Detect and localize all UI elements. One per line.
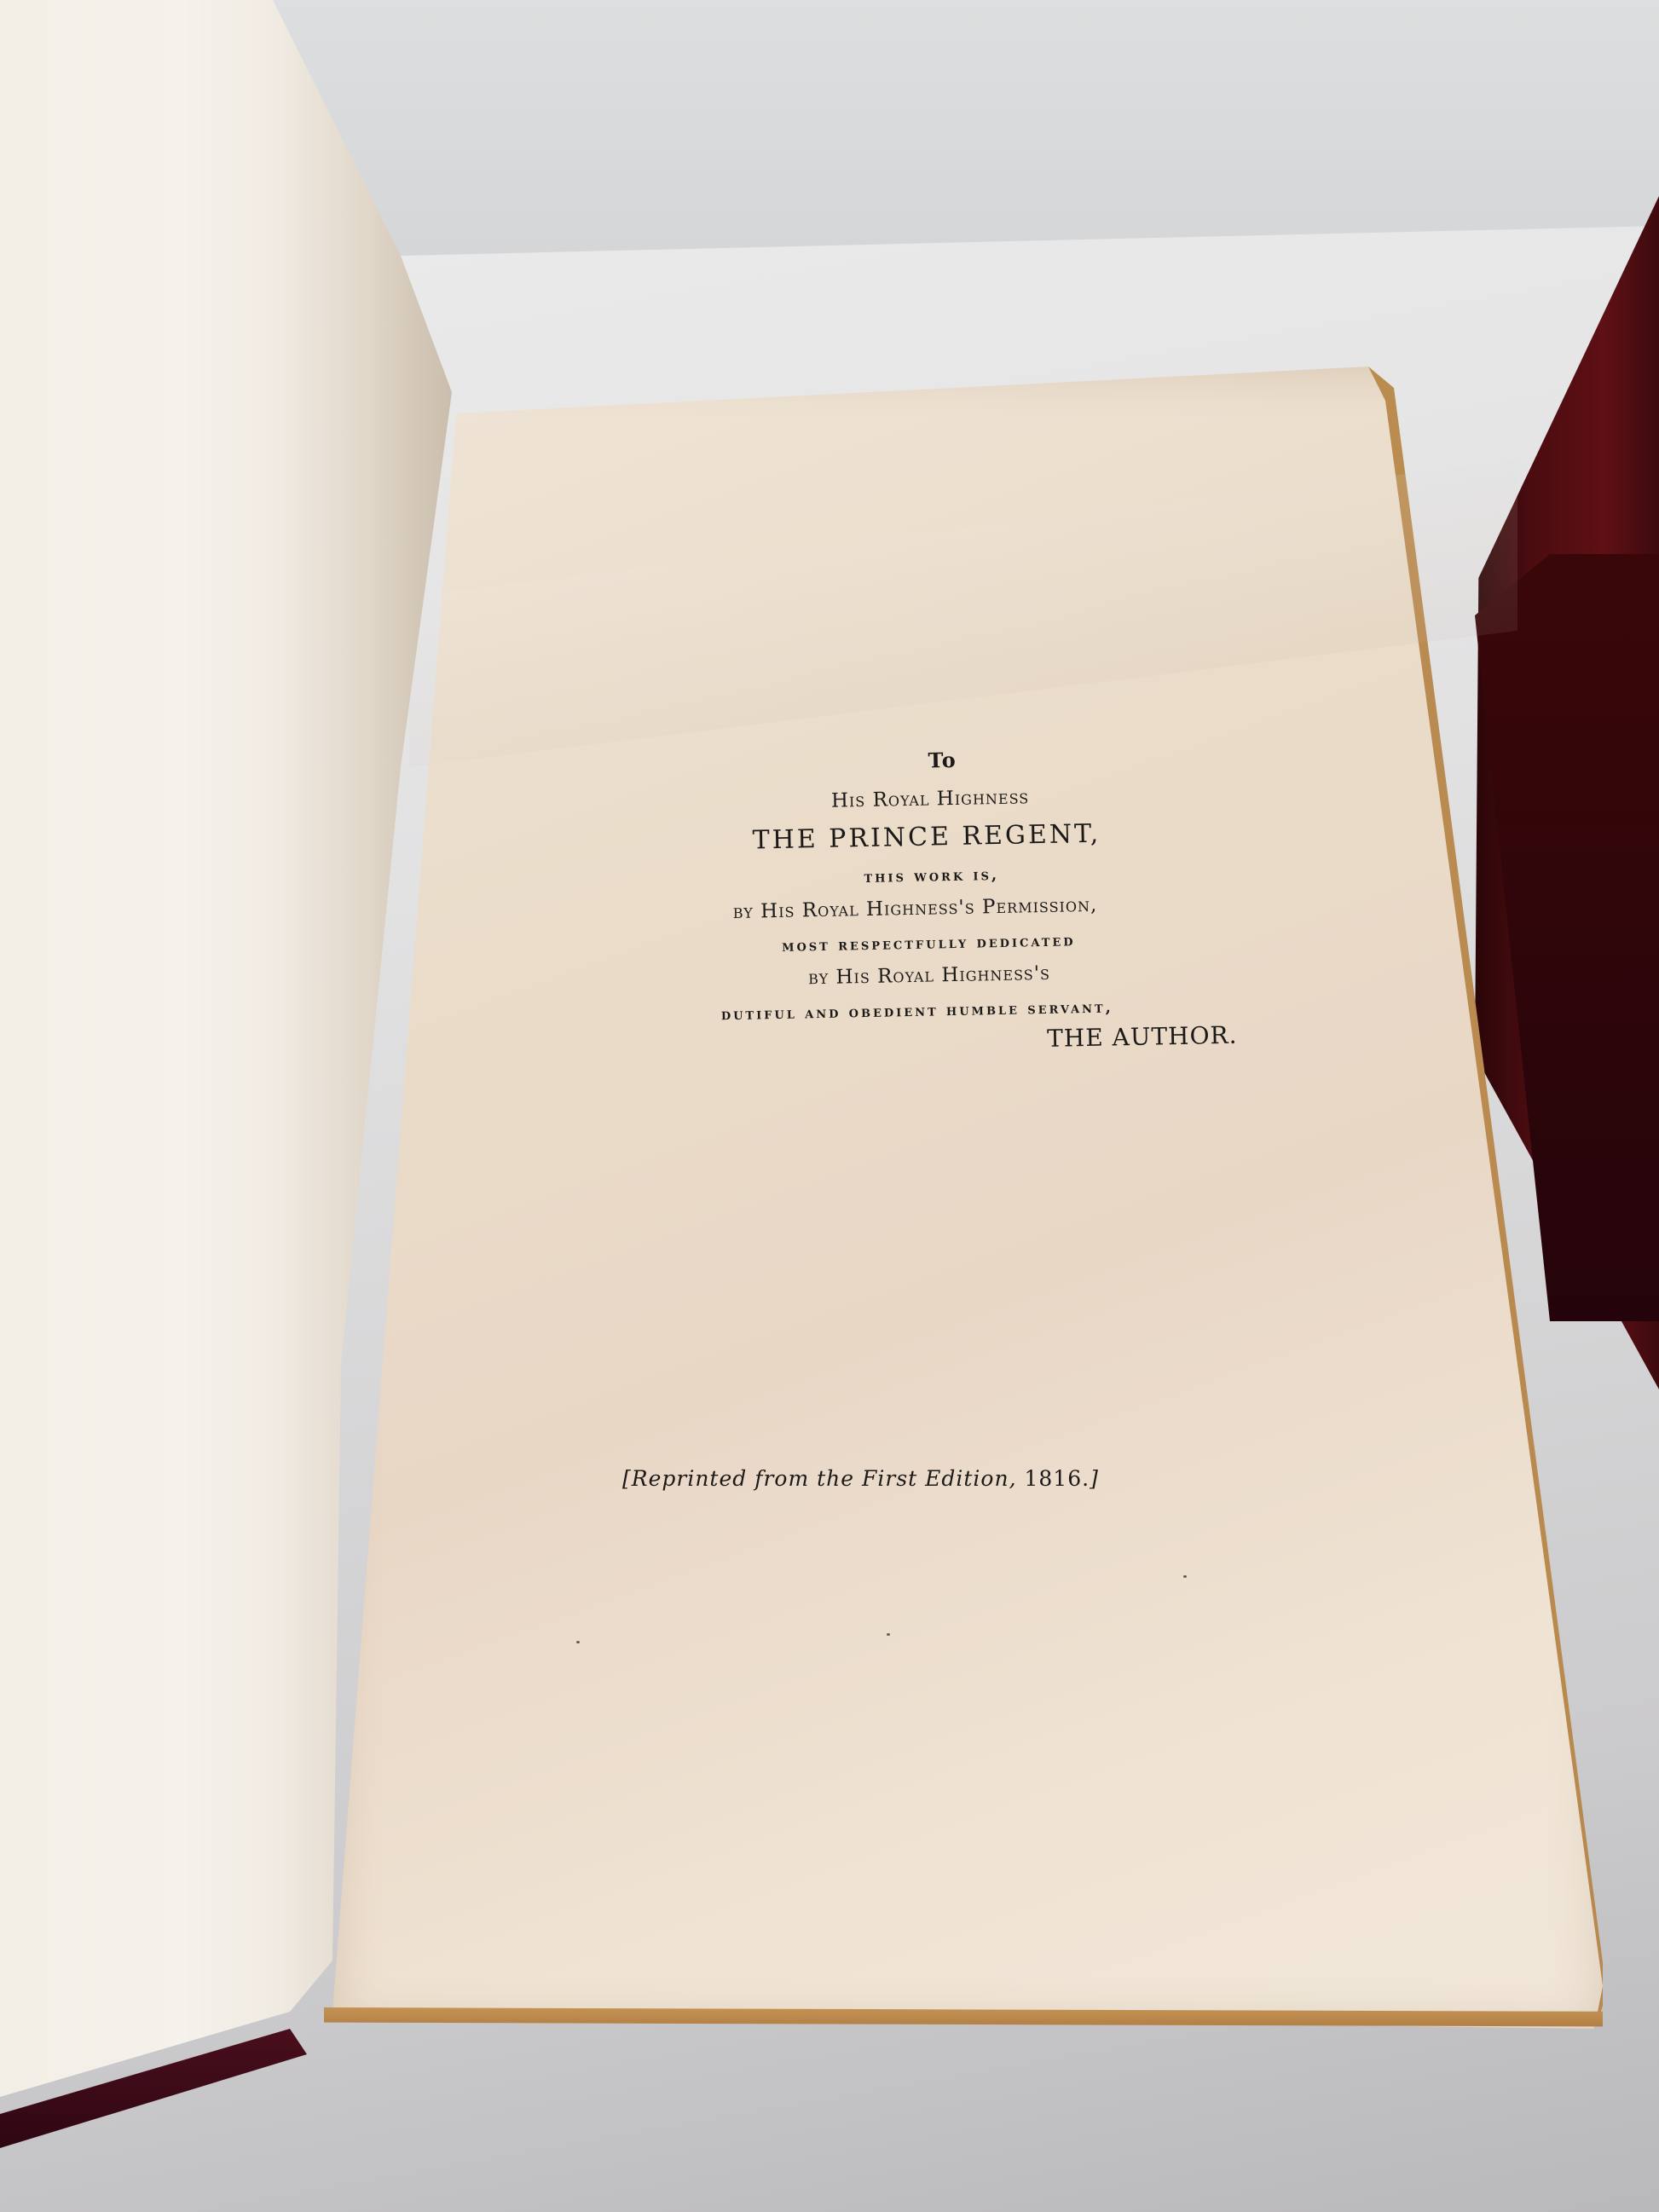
dedication-prince-regent: THE PRINCE REGENT, [573,816,1281,859]
dedication-this-work-is: this work is, [582,861,1281,892]
paper-speck [887,1633,890,1636]
dedication-most-respectfully: most respectfully dedicated [575,928,1282,960]
paper-speck [576,1641,580,1643]
dedication-by-permission: by His Royal Highness's Permission, [548,891,1281,927]
reprint-open-bracket: [ [622,1466,632,1491]
reprint-text: Reprinted from the First Edition, [632,1466,1017,1491]
dedication-block: To His Royal Highness THE PRINCE REGENT,… [597,742,1285,1061]
reprint-year: 1816. [1017,1466,1090,1491]
paper-speck [1183,1575,1187,1578]
reprint-close-bracket: ] [1090,1466,1099,1491]
reprint-note: [Reprinted from the First Edition, 1816.… [622,1466,1151,1491]
dedication-by-hrh: by His Royal Highness's [575,958,1283,994]
dedication-his-royal-highness: His Royal Highness [581,782,1280,817]
